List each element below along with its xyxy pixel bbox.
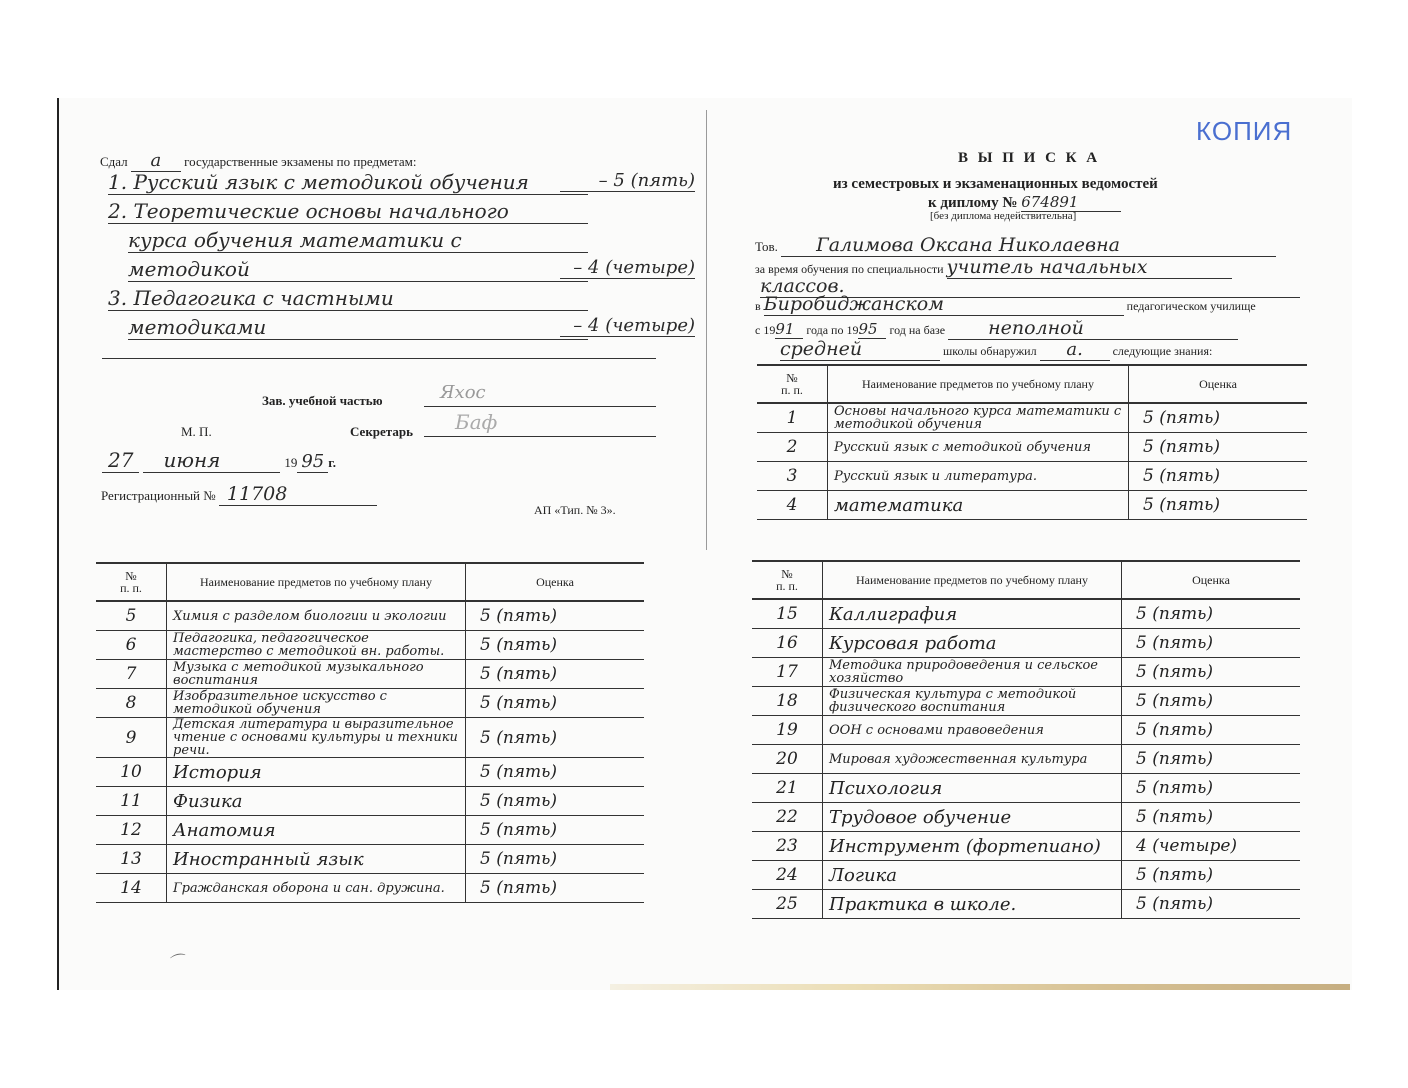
row-number: 25 xyxy=(752,890,823,919)
to-year: 95 xyxy=(858,320,886,339)
to-label: года по 19 xyxy=(806,323,858,337)
scan-edge xyxy=(610,984,1350,990)
row-grade: 5 (пять) xyxy=(1122,890,1301,919)
table-row: 11Физика5 (пять) xyxy=(96,787,644,816)
row-subject: История xyxy=(167,758,466,787)
table-row: 24Логика5 (пять) xyxy=(752,861,1300,890)
row-number: 24 xyxy=(752,861,823,890)
row-number: 2 xyxy=(757,433,828,462)
state-exam-line: 3. Педагогика с частными xyxy=(108,286,588,311)
row-grade: 5 (пять) xyxy=(1129,403,1308,433)
row-grade: 5 (пять) xyxy=(466,874,645,903)
date-year-prefix: 19 xyxy=(284,455,297,470)
table-row: 4математика5 (пять) xyxy=(757,491,1307,520)
row-grade: 5 (пять) xyxy=(1122,774,1301,803)
table-row: 17Методика природоведения и сельское хоз… xyxy=(752,658,1300,687)
row-number: 4 xyxy=(757,491,828,520)
row-number: 23 xyxy=(752,832,823,861)
col-header-grade: Оценка xyxy=(1129,365,1308,403)
row-number: 10 xyxy=(96,758,167,787)
row-grade: 5 (пять) xyxy=(1129,433,1308,462)
passed-suffix: а xyxy=(131,150,181,172)
row-number: 18 xyxy=(752,687,823,716)
row-number: 22 xyxy=(752,803,823,832)
table-row: 16Курсовая работа5 (пять) xyxy=(752,629,1300,658)
row-subject: Физическая культура с методикой физическ… xyxy=(823,687,1122,716)
base-label: год на базе xyxy=(889,323,945,337)
place-prefix: в xyxy=(755,299,761,313)
row-grade: 5 (пять) xyxy=(466,787,645,816)
diploma-label: к диплому № xyxy=(928,195,1017,211)
table-row: 19ООН с основами правоведения5 (пять) xyxy=(752,716,1300,745)
row-subject: Иностранный язык xyxy=(167,845,466,874)
row-grade: 5 (пять) xyxy=(1122,629,1301,658)
table-row: 25Практика в школе.5 (пять) xyxy=(752,890,1300,919)
row-grade: 5 (пять) xyxy=(466,660,645,689)
from-year: 91 xyxy=(775,320,803,339)
table-row: 1Основы начального курса математики с ме… xyxy=(757,403,1307,433)
school-suffix: а. xyxy=(1040,339,1110,361)
row-number: 16 xyxy=(752,629,823,658)
row-number: 11 xyxy=(96,787,167,816)
state-exam-line: 2. Теоретические основы начального xyxy=(108,199,588,224)
row-subject: Физика xyxy=(167,787,466,816)
diploma-note: [без диплома недействительна] xyxy=(930,210,1076,222)
col-header-subject: Наименование предметов по учебному плану xyxy=(167,563,466,601)
row-grade: 5 (пять) xyxy=(466,816,645,845)
from-prefix: с 19 xyxy=(755,323,775,337)
date-year: 95 xyxy=(297,451,328,473)
table-row: 12Анатомия5 (пять) xyxy=(96,816,644,845)
row-subject: Педагогика, педагогическое мастерство с … xyxy=(167,631,466,660)
table-row: 18Физическая культура с методикой физиче… xyxy=(752,687,1300,716)
row-subject: Изобразительное искусство с методикой об… xyxy=(167,689,466,718)
col-header-subject: Наименование предметов по учебному плану xyxy=(828,365,1129,403)
state-exam-line: методикой xyxy=(128,257,588,282)
page-fold xyxy=(706,110,707,550)
col-header-number: №п. п. xyxy=(752,561,823,599)
passed-prefix: Сдал xyxy=(100,154,128,169)
table-row: 13Иностранный язык5 (пять) xyxy=(96,845,644,874)
state-exam-line: 1. Русский язык с методикой обучения xyxy=(108,170,588,195)
row-subject: Русский язык и литература. xyxy=(828,462,1129,491)
school-line: средней школы обнаружил а. следующие зна… xyxy=(780,338,1212,361)
document-subtitle: из семестровых и экзаменационных ведомос… xyxy=(833,176,1158,193)
table-row: 6Педагогика, педагогическое мастерство с… xyxy=(96,631,644,660)
base-value: неполной xyxy=(948,317,1238,340)
table-row: 23Инструмент (фортепиано)4 (четыре) xyxy=(752,832,1300,861)
grades-table-3: №п. п.Наименование предметов по учебному… xyxy=(752,560,1300,919)
col-header-grade: Оценка xyxy=(466,563,645,601)
issue-date: 27 июня 1995г. xyxy=(102,448,336,472)
place-line: в Биробиджанском педагогическом училище xyxy=(755,293,1256,316)
row-number: 7 xyxy=(96,660,167,689)
row-grade: 5 (пять) xyxy=(466,601,645,631)
document-title: В Ы П И С К А xyxy=(958,150,1100,167)
row-number: 20 xyxy=(752,745,823,774)
row-grade: 5 (пять) xyxy=(466,631,645,660)
state-exam-line: курса обучения математики с xyxy=(128,228,588,253)
row-grade: 5 (пять) xyxy=(1129,462,1308,491)
row-grade: 5 (пять) xyxy=(466,689,645,718)
row-subject: Детская литература и выразительное чтени… xyxy=(167,718,466,758)
registration: Регистрационный № 11708 xyxy=(101,483,377,506)
student-name: Галимова Оксана Николаевна xyxy=(781,234,1276,257)
passed-line: Сдал а государственные экзамены по предм… xyxy=(100,150,417,172)
row-number: 21 xyxy=(752,774,823,803)
col-header-subject: Наименование предметов по учебному плану xyxy=(823,561,1122,599)
row-subject: Логика xyxy=(823,861,1122,890)
row-subject: Курсовая работа xyxy=(823,629,1122,658)
row-number: 3 xyxy=(757,462,828,491)
secretary-label: Секретарь xyxy=(350,424,413,440)
seal-label: М. П. xyxy=(181,424,212,440)
knowledge-label: следующие знания: xyxy=(1113,344,1213,358)
col-header-grade: Оценка xyxy=(1122,561,1301,599)
table-row: 2Русский язык с методикой обучения5 (пят… xyxy=(757,433,1307,462)
row-subject: Методика природоведения и сельское хозяй… xyxy=(823,658,1122,687)
row-number: 6 xyxy=(96,631,167,660)
date-day: 27 xyxy=(102,448,139,473)
place-value: Биробиджанском xyxy=(764,293,1124,316)
row-subject: математика xyxy=(828,491,1129,520)
table-row: 9Детская литература и выразительное чтен… xyxy=(96,718,644,758)
row-number: 19 xyxy=(752,716,823,745)
table-row: 15Каллиграфия5 (пять) xyxy=(752,599,1300,629)
row-grade: 5 (пять) xyxy=(1122,861,1301,890)
row-grade: 5 (пять) xyxy=(1122,658,1301,687)
row-grade: 4 (четыре) xyxy=(1122,832,1301,861)
row-subject: Русский язык с методикой обучения xyxy=(828,433,1129,462)
student-label: Тов. xyxy=(755,239,778,254)
row-subject: Каллиграфия xyxy=(823,599,1122,629)
table-row: 3Русский язык и литература.5 (пять) xyxy=(757,462,1307,491)
row-subject: Трудовое обучение xyxy=(823,803,1122,832)
reg-number: 11708 xyxy=(219,483,377,506)
row-grade: 5 (пять) xyxy=(1122,745,1301,774)
row-subject: Практика в школе. xyxy=(823,890,1122,919)
row-grade: 5 (пять) xyxy=(466,845,645,874)
copy-stamp: КОПИЯ xyxy=(1196,116,1292,147)
period-line: с 1991 года по 1995 год на базе неполной xyxy=(755,317,1238,340)
row-subject: Психология xyxy=(823,774,1122,803)
school-label: школы обнаружил xyxy=(943,344,1037,358)
row-number: 8 xyxy=(96,689,167,718)
row-grade: 5 (пять) xyxy=(1122,687,1301,716)
col-header-number: №п. п. xyxy=(757,365,828,403)
row-subject: Основы начального курса математики с мет… xyxy=(828,403,1129,433)
row-subject: Химия с разделом биологии и экологии xyxy=(167,601,466,631)
state-exam-grade: – 4 (четыре) xyxy=(560,315,695,337)
row-grade: 5 (пять) xyxy=(1122,803,1301,832)
row-grade: 5 (пять) xyxy=(1122,599,1301,629)
table-row: 22Трудовое обучение5 (пять) xyxy=(752,803,1300,832)
secretary-signature: Баф xyxy=(455,410,497,434)
reg-label: Регистрационный № xyxy=(101,488,216,503)
row-grade: 5 (пять) xyxy=(1129,491,1308,520)
state-exam-grade: – 4 (четыре) xyxy=(560,257,695,279)
row-subject: Мировая художественная культура xyxy=(823,745,1122,774)
state-exam-grade: – 5 (пять) xyxy=(560,170,695,192)
row-number: 9 xyxy=(96,718,167,758)
row-subject: Музыка с методикой музыкального воспитан… xyxy=(167,660,466,689)
row-number: 1 xyxy=(757,403,828,433)
head-label: Зав. учебной частью xyxy=(262,393,383,409)
date-month: июня xyxy=(143,448,280,473)
row-grade: 5 (пять) xyxy=(466,758,645,787)
row-number: 14 xyxy=(96,874,167,903)
table-row: 7Музыка с методикой музыкального воспита… xyxy=(96,660,644,689)
table-row: 8Изобразительное искусство с методикой о… xyxy=(96,689,644,718)
row-subject: Гражданская оборона и сан. дружина. xyxy=(167,874,466,903)
grades-table-2: №п. п.Наименование предметов по учебному… xyxy=(96,562,644,903)
row-number: 5 xyxy=(96,601,167,631)
row-grade: 5 (пять) xyxy=(1122,716,1301,745)
row-subject: Анатомия xyxy=(167,816,466,845)
row-number: 12 xyxy=(96,816,167,845)
printer-mark: АП «Тип. № 3». xyxy=(534,503,616,518)
col-header-number: №п. п. xyxy=(96,563,167,601)
head-signature: Яхос xyxy=(440,382,486,403)
passed-label: государственные экзамены по предметам: xyxy=(184,154,416,169)
table-row: 21Психология5 (пять) xyxy=(752,774,1300,803)
table-row: 14Гражданская оборона и сан. дружина.5 (… xyxy=(96,874,644,903)
row-number: 15 xyxy=(752,599,823,629)
row-number: 13 xyxy=(96,845,167,874)
row-subject: Инструмент (фортепиано) xyxy=(823,832,1122,861)
row-number: 17 xyxy=(752,658,823,687)
table-row: 10История5 (пять) xyxy=(96,758,644,787)
state-exam-line: методиками xyxy=(128,315,588,340)
table-row: 20Мировая художественная культура5 (пять… xyxy=(752,745,1300,774)
date-year-unit: г. xyxy=(328,455,336,470)
student-line: Тов. Галимова Оксана Николаевна xyxy=(755,234,1276,257)
institution-label: педагогическом училище xyxy=(1127,299,1256,313)
table-row: 5Химия с разделом биологии и экологии5 (… xyxy=(96,601,644,631)
row-subject: ООН с основами правоведения xyxy=(823,716,1122,745)
row-grade: 5 (пять) xyxy=(466,718,645,758)
specialty-label: за время обучения по специальности xyxy=(755,262,944,276)
grades-table-1: №п. п.Наименование предметов по учебному… xyxy=(757,364,1307,520)
base-value-cont: средней xyxy=(780,338,940,361)
